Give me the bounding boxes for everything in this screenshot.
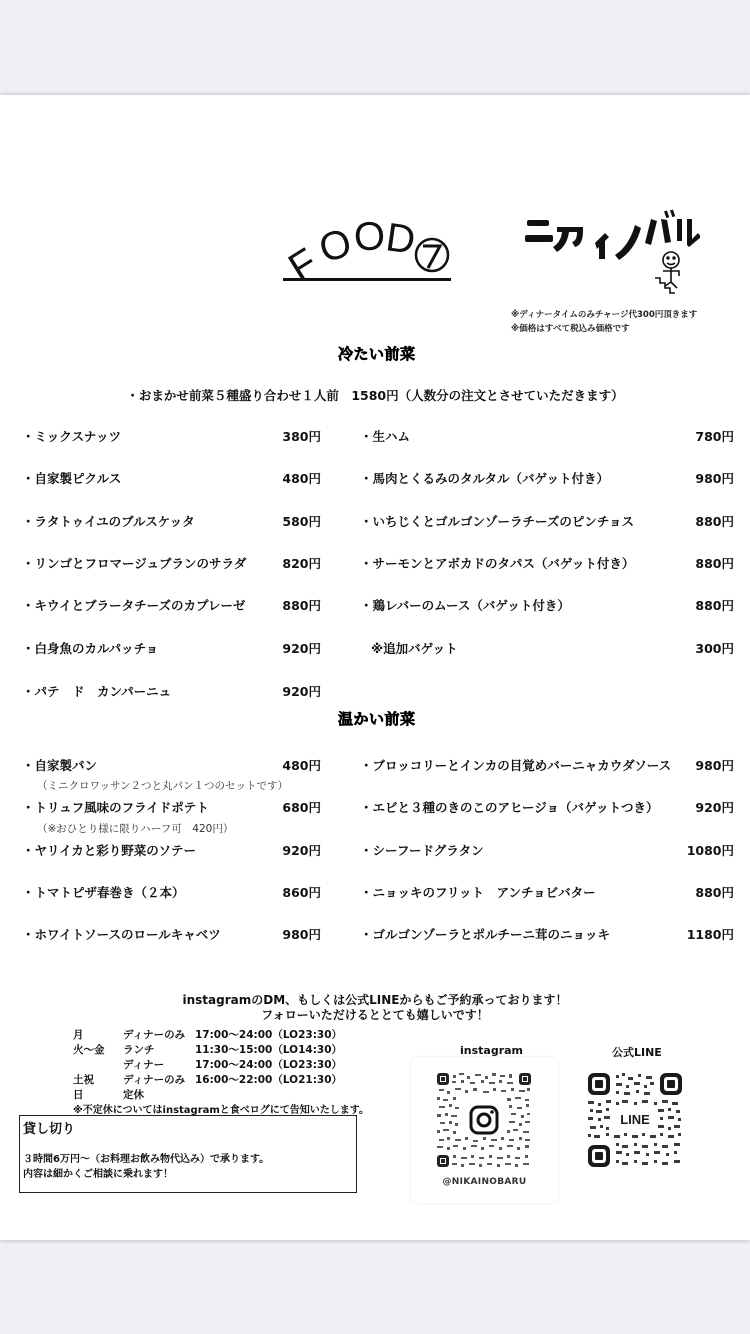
menu-item-name: ・ミックスナッツ xyxy=(22,429,121,445)
menu-item-name: ・エビと３種のきのこのアヒージョ（バゲットつき） xyxy=(360,800,659,816)
cold-appetizers-heading: 冷たい前菜 xyxy=(338,343,416,364)
menu-item-price: 880円 xyxy=(695,514,734,530)
menu-item-name: ・ニョッキのフリット アンチョビバター xyxy=(360,885,596,901)
hours-type: ディナーのみ xyxy=(123,1073,185,1088)
menu-item-price: 980円 xyxy=(695,471,734,487)
menu-item-name: ・パテ ド カンパーニュ xyxy=(22,684,171,700)
hours-time: 16:00〜22:00（LO21:30） xyxy=(195,1073,342,1088)
menu-item-price: 920円 xyxy=(282,641,321,657)
menu-item-price: 880円 xyxy=(695,556,734,572)
food-title: F O O D xyxy=(282,212,452,282)
hours-type: ランチ xyxy=(123,1043,155,1058)
private-booking-title: 貸し切り xyxy=(23,1118,75,1137)
food-letter-o2: O xyxy=(353,214,386,260)
menu-item-name: ・自家製パン xyxy=(22,758,97,774)
menu-item-name: ・馬肉とくるみのタルタル（バゲット付き） xyxy=(360,471,609,487)
menu-item-name: ・鶏レバーのムース（バゲット付き） xyxy=(360,598,570,614)
menu-item-price: 780円 xyxy=(695,429,734,445)
warm-appetizers-heading: 温かい前菜 xyxy=(338,708,416,729)
food-letter-o1: O xyxy=(314,221,356,272)
menu-item-name: ※追加バゲット xyxy=(371,641,458,657)
hours-day: 月 xyxy=(73,1028,84,1043)
reservation-line-2: フォローいただけるととても嬉しいです！ xyxy=(0,1008,750,1023)
menu-item-name: ・キウイとブラータチーズのカプレーゼ xyxy=(22,598,245,614)
menu-item-name: ・ホワイトソースのロールキャベツ xyxy=(22,927,221,943)
line-qr-code[interactable]: LINE xyxy=(588,1073,682,1167)
menu-item-price: 580円 xyxy=(282,514,321,530)
food-letter-d: D xyxy=(383,215,418,263)
hours-day: 土祝 xyxy=(73,1073,94,1088)
menu-item-price: 880円 xyxy=(695,885,734,901)
instagram-qr-card[interactable]: @NIKAINOBARU xyxy=(411,1057,558,1203)
menu-item-price: 980円 xyxy=(695,758,734,774)
menu-item-name: ・ヤリイカと彩り野菜のソテー xyxy=(22,843,196,859)
menu-item-name: ・白身魚のカルパッチョ xyxy=(22,641,158,657)
hours-type: ディナーのみ xyxy=(123,1028,185,1043)
menu-item-price: 680円 xyxy=(282,800,321,816)
menu-item-name: ・シーフードグラタン xyxy=(360,843,484,859)
hours-day: 火〜金 xyxy=(73,1043,105,1058)
private-booking-box: 貸し切り ３時間6万円〜（お料理お飲み物代込み）で承ります。 内容は細かくご相談… xyxy=(19,1115,357,1193)
menu-item-name: ・ブロッコリーとインカの目覚めバーニャカウダソース xyxy=(360,758,671,774)
menu-item-name: ・いちじくとゴルゴンゾーラチーズのピンチョス xyxy=(360,514,634,530)
menu-item-price: 480円 xyxy=(282,471,321,487)
private-booking-price: ３時間6万円〜（お料理お飲み物代込み）で承ります。 xyxy=(23,1150,269,1165)
menu-item-price: 380円 xyxy=(282,429,321,445)
menu-item-price: 920円 xyxy=(282,843,321,859)
menu-item-price: 1080円 xyxy=(687,843,734,859)
menu-item-name: ・自家製ピクルス xyxy=(22,471,121,487)
menu-item-price: 860円 xyxy=(282,885,321,901)
charge-note: ※ディナータイムのみチャージ代300円頂きます xyxy=(511,308,697,322)
menu-item-name: ・生ハム xyxy=(360,429,410,445)
hours-time: 17:00〜24:00（LO23:30） xyxy=(195,1058,342,1073)
menu-item-name: ・リンゴとフロマージュブランのサラダ xyxy=(22,556,246,572)
menu-item-price: 820円 xyxy=(282,556,321,572)
line-logo-text: LINE xyxy=(620,1112,650,1127)
instagram-icon xyxy=(468,1104,500,1136)
hours-time: 17:00〜24:00（LO23:30） xyxy=(195,1028,342,1043)
menu-item-price: 880円 xyxy=(695,598,734,614)
menu-item-price: 980円 xyxy=(282,927,321,943)
omakase-platter: ・おまかせ前菜５種盛り合わせ１人前 1580円（人数分の注文とさせていただきます… xyxy=(0,386,750,404)
stick-figure-icon xyxy=(655,252,679,293)
line-label: 公式LINE xyxy=(612,1044,662,1060)
nikainobaru-logo xyxy=(525,205,700,305)
menu-item-name: ・ゴルゴンゾーラとポルチーニ茸のニョッキ xyxy=(360,927,610,943)
menu-item-name: ・ラタトゥイユのブルスケッタ xyxy=(22,514,195,530)
menu-item-price: 1180円 xyxy=(687,927,734,943)
private-booking-note: 内容は細かくご相談に乗れます！ xyxy=(23,1165,173,1180)
menu-item-name: ・サーモンとアボカドのタパス（バゲット付き） xyxy=(360,556,634,572)
menu-item-note: （ミニクロワッサン２つと丸パン１つのセットです） xyxy=(37,779,288,793)
menu-item-note: （※おひとり様に限りハーフ可 420円） xyxy=(37,822,233,836)
number-seven xyxy=(423,246,440,268)
menu-item-price: 880円 xyxy=(282,598,321,614)
reservation-message: instagramのDM、もしくは公式LINEからもご予約承っております！ フォ… xyxy=(0,993,750,1023)
menu-item-name: ・トリュフ風味のフライドポテト xyxy=(22,800,209,816)
instagram-label: instagram xyxy=(460,1044,523,1057)
hours-time: 11:30〜15:00（LO14:30） xyxy=(195,1043,342,1058)
reservation-line-1: instagramのDM、もしくは公式LINEからもご予約承っております！ xyxy=(0,993,750,1008)
instagram-qr-code[interactable] xyxy=(437,1073,531,1167)
menu-item-price: 920円 xyxy=(695,800,734,816)
menu-item-price: 480円 xyxy=(282,758,321,774)
instagram-handle: @NIKAINOBARU xyxy=(411,1177,558,1187)
irregular-holiday-note: ※不定休についてはinstagramと食べログにて告知いたします。 xyxy=(73,1101,369,1116)
title-underline xyxy=(283,278,451,281)
hours-type: ディナー xyxy=(123,1058,164,1073)
tax-note: ※価格はすべて税込み価格です xyxy=(511,322,697,336)
price-notes: ※ディナータイムのみチャージ代300円頂きます ※価格はすべて税込み価格です xyxy=(511,308,697,336)
menu-item-price: 300円 xyxy=(695,641,734,657)
menu-item-price: 920円 xyxy=(282,684,321,700)
menu-item-name: ・トマトピザ春巻き（２本） xyxy=(22,885,185,901)
